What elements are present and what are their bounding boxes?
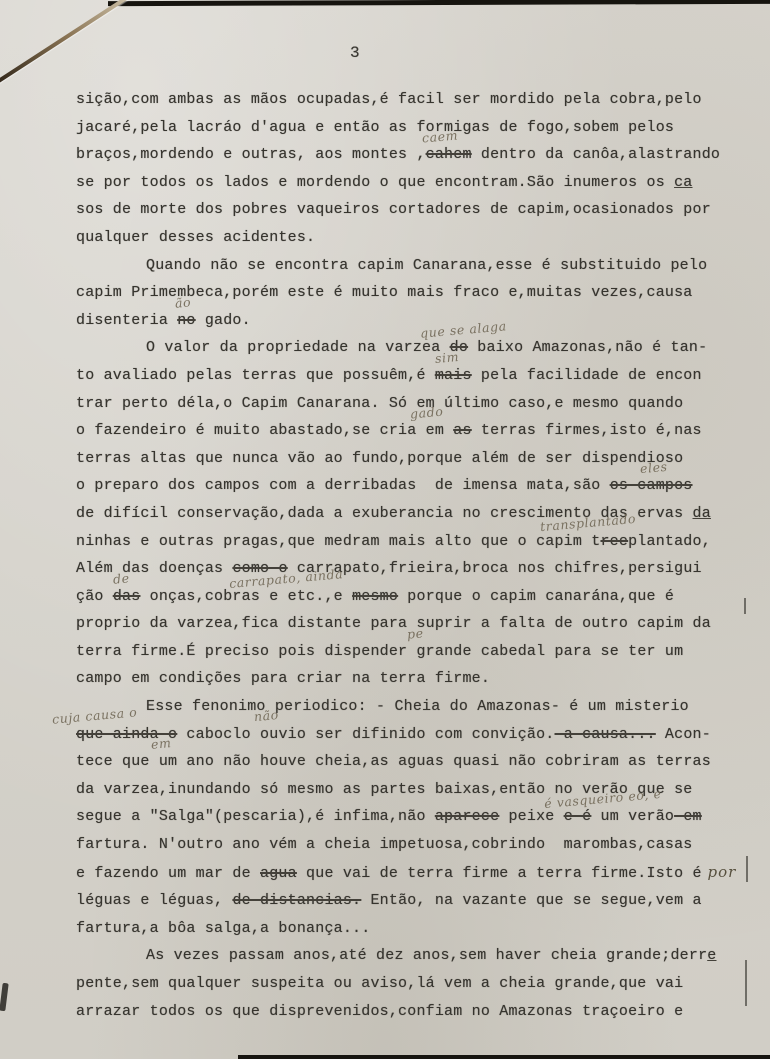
typed-text-segment: jacaré,pela lacráo d'agua e então as for… bbox=[76, 119, 674, 136]
typed-text-segment: léguas e léguas, bbox=[76, 892, 232, 909]
typed-line: to avaliado pelas terras que possuêm,é m… bbox=[76, 362, 741, 390]
typed-line: o preparo dos campos com a derribadas de… bbox=[76, 472, 741, 500]
typed-line: se por todos os lados e mordendo o que e… bbox=[76, 169, 741, 197]
struck-text: de distancias. bbox=[232, 892, 361, 909]
typed-text-segment: um verão bbox=[591, 808, 674, 825]
typed-line: o fazendeiro é muito abastado,se cria em… bbox=[76, 417, 741, 445]
typed-line: As vezes passam anos,até dez anos,sem ha… bbox=[76, 942, 741, 970]
typed-line: fartura,a bôa salga,a bonança... bbox=[76, 915, 741, 943]
typed-text-segment: terras altas que nunca vão ao fundo,porq… bbox=[76, 450, 683, 467]
handwritten-annotation: cuja causa o bbox=[51, 699, 139, 734]
typed-text-segment: O valor da propriedade na varzea bbox=[146, 339, 450, 356]
typed-line: jacaré,pela lacráo d'agua e então as for… bbox=[76, 114, 741, 142]
typed-text-segment: Quando não se encontra capim Canarana,es… bbox=[146, 257, 707, 274]
handwritten-annotation: caem bbox=[421, 121, 459, 152]
handwritten-annotation: não bbox=[253, 701, 280, 731]
typed-text-segment: terras firmes,isto é,nas bbox=[472, 422, 702, 439]
typed-text-segment: em gado bbox=[416, 422, 453, 439]
typed-text-segment: Acon- bbox=[656, 726, 711, 743]
scan-artifact-mark bbox=[745, 960, 747, 1006]
typed-text-segment: campo em condições para criar na terra f… bbox=[76, 670, 490, 687]
typed-line: disenteria noão gado. bbox=[76, 307, 741, 335]
underlined-text: e bbox=[707, 947, 716, 964]
typed-line: tece que umem ano não houve cheia,as agu… bbox=[76, 748, 741, 776]
struck-text: reetransplantado bbox=[600, 533, 628, 550]
typed-text-segment: cabedal para se ter um bbox=[472, 643, 684, 660]
typed-text-segment: arrazar todos os que disprevenidos,confi… bbox=[76, 1003, 683, 1020]
typed-line: sição,com ambas as mãos ocupadas,é facil… bbox=[76, 86, 741, 114]
typed-text-segment: gado. bbox=[196, 312, 251, 329]
typed-line: sos de morte dos pobres vaqueiros cortad… bbox=[76, 196, 741, 224]
typed-text-segment: trar perto déla,o Capim Canarana. Só em … bbox=[76, 395, 683, 412]
typed-line: léguas e léguas, de distancias. Então, n… bbox=[76, 887, 741, 915]
scan-artifact-speck bbox=[0, 983, 9, 1012]
handwritten-inline: por bbox=[702, 863, 737, 881]
typed-text-segment: disenteria bbox=[76, 312, 177, 329]
typed-text-segment: terra firme.É preciso pois dispender bbox=[76, 643, 407, 660]
underlined-text: ca bbox=[674, 174, 692, 191]
typed-text-segment: qualquer desses acidentes. bbox=[76, 229, 315, 246]
typed-line: braços,mordendo e outras, aos montes ,ca… bbox=[76, 141, 741, 169]
typed-line: e fazendo um mar de agua que vai de terr… bbox=[76, 859, 741, 888]
typed-text-segment: caboclo bbox=[177, 726, 260, 743]
typed-text-segment: sos de morte dos pobres vaqueiros cortad… bbox=[76, 201, 711, 218]
scan-artifact-mark bbox=[744, 598, 746, 614]
typed-text-segment: carrapato,frieira,broca nos chifres,pers… bbox=[288, 560, 702, 577]
fold-mark bbox=[0, 0, 129, 86]
typed-text-segment: pela facilidade de encon bbox=[472, 367, 702, 384]
typed-text-segment: dentro da canôa,alastrando bbox=[472, 146, 720, 163]
typed-text-segment: o fazendeiro é muito abastado,se cria bbox=[76, 422, 416, 439]
typed-text-segment: ninhas e outras pragas,que medram mais a… bbox=[76, 533, 600, 550]
typed-text-segment: e bbox=[334, 588, 352, 605]
typed-line: ninhas e outras pragas,que medram mais a… bbox=[76, 528, 741, 556]
typed-line: fartura. N'outro ano vém a cheia impetuo… bbox=[76, 831, 741, 859]
handwritten-annotation: ão bbox=[174, 288, 193, 317]
typed-text-segment: ouvionão bbox=[260, 726, 306, 743]
typed-line: terra firme.É preciso pois dispender gra… bbox=[76, 638, 741, 666]
typed-line: segue a "Salga"(pescaria),é infima,não a… bbox=[76, 803, 741, 831]
typed-text-segment: capim Primembeca,porém este é muito mais… bbox=[76, 284, 693, 301]
typed-text-segment: porque o capim canarána,que é bbox=[398, 588, 674, 605]
typed-text: sição,com ambas as mãos ocupadas,é facil… bbox=[76, 86, 741, 1025]
document-sheet: 3 sição,com ambas as mãos ocupadas,é fac… bbox=[0, 0, 770, 1059]
typed-line: que ainda ocuja causa o caboclo ouvionão… bbox=[76, 721, 741, 749]
typed-text-segment: fartura,a bôa salga,a bonança... bbox=[76, 920, 370, 937]
handwritten-annotation: em bbox=[150, 729, 173, 758]
typed-text-segment: proprio da varzea,fica distante para sup… bbox=[76, 615, 711, 632]
struck-text: aparece bbox=[435, 808, 499, 825]
typed-text-segment: baixo Amazonas,não é tan- bbox=[468, 339, 707, 356]
typed-text-segment: se por todos os lados e mordendo o que e… bbox=[76, 174, 674, 191]
page-number: 3 bbox=[350, 44, 360, 62]
struck-text: noão bbox=[177, 312, 195, 329]
struck-text: dasde bbox=[113, 588, 141, 605]
handwritten-annotation: de bbox=[112, 564, 131, 593]
typed-text-segment: que vai de terra firme a terra firme.Ist… bbox=[297, 865, 702, 882]
typed-text-segment: Além das doenças bbox=[76, 560, 232, 577]
typed-text-segment: e fazendo um mar de bbox=[76, 865, 260, 882]
typed-text-segment: Então, na vazante que se segue,vem a bbox=[361, 892, 701, 909]
typed-text-segment: sição,com ambas as mãos ocupadas,é facil… bbox=[76, 91, 702, 108]
typed-text-segment: to avaliado pelas terras que possuêm,é bbox=[76, 367, 435, 384]
typed-text-segment: plantado, bbox=[628, 533, 711, 550]
struck-text: cahemcaem bbox=[426, 146, 472, 163]
typed-line: de difícil conservação,dada a exuberanci… bbox=[76, 500, 741, 528]
handwritten-annotation: gado bbox=[409, 398, 445, 428]
typed-line: pente,sem qualquer suspeita ou aviso,lá … bbox=[76, 970, 741, 998]
typed-line: ção dasde onças,cobras e etc.,carrapato,… bbox=[76, 583, 741, 611]
struck-text: maissim bbox=[435, 367, 472, 384]
struck-text: em bbox=[674, 808, 702, 825]
scan-artifact-mark bbox=[746, 856, 748, 882]
typed-text-segment: ção bbox=[76, 588, 113, 605]
handwritten-annotation: eles bbox=[639, 453, 669, 483]
typed-line: arrazar todos os que disprevenidos,confi… bbox=[76, 998, 741, 1026]
struck-text: as bbox=[453, 422, 471, 439]
struck-text: mesmo bbox=[352, 588, 398, 605]
struck-text: a causa... bbox=[555, 726, 656, 743]
struck-text: agua bbox=[260, 865, 297, 882]
typed-text-segment: e etc.,carrapato, ainda bbox=[269, 588, 333, 605]
typed-text-segment: ser difinido com convição. bbox=[306, 726, 554, 743]
handwritten-annotation: pe bbox=[406, 619, 425, 648]
typed-text-segment: Esse fenonimo periodico: - Cheia do Amaz… bbox=[146, 698, 689, 715]
underlined-text: da bbox=[693, 505, 711, 522]
typed-text-segment: grandepe bbox=[407, 643, 471, 660]
typed-line: campo em condições para criar na terra f… bbox=[76, 665, 741, 693]
struck-text: e éé vasqueiro eo, e bbox=[564, 808, 592, 825]
typed-text-segment: ano não houve cheia,as aguas quasi não c… bbox=[177, 753, 711, 770]
typed-line: qualquer desses acidentes. bbox=[76, 224, 741, 252]
typed-text-segment: tece que bbox=[76, 753, 159, 770]
scan-artifact-top-edge bbox=[108, 0, 770, 6]
typed-text-segment: segue a "Salga"(pescaria),é infima,não bbox=[76, 808, 435, 825]
typed-text-segment: o preparo dos campos com a derribadas de… bbox=[76, 477, 610, 494]
struck-text: os camposeles bbox=[610, 477, 693, 494]
typed-line: Quando não se encontra capim Canarana,es… bbox=[76, 252, 741, 280]
scan-artifact-bottom-edge bbox=[238, 1055, 770, 1059]
typed-text-segment: umem bbox=[159, 753, 177, 770]
typed-line: Esse fenonimo periodico: - Cheia do Amaz… bbox=[76, 693, 741, 721]
typed-text-segment: braços,mordendo e outras, aos montes , bbox=[76, 146, 426, 163]
typed-text-segment: pente,sem qualquer suspeita ou aviso,lá … bbox=[76, 975, 683, 992]
typed-line: O valor da propriedade na varzea doque s… bbox=[76, 334, 741, 362]
typed-text-segment: As vezes passam anos,até dez anos,sem ha… bbox=[146, 947, 707, 964]
typed-line: Além das doenças como o carrapato,frieir… bbox=[76, 555, 741, 583]
handwritten-annotation: sim bbox=[434, 343, 460, 373]
typed-text-segment: fartura. N'outro ano vém a cheia impetuo… bbox=[76, 836, 693, 853]
